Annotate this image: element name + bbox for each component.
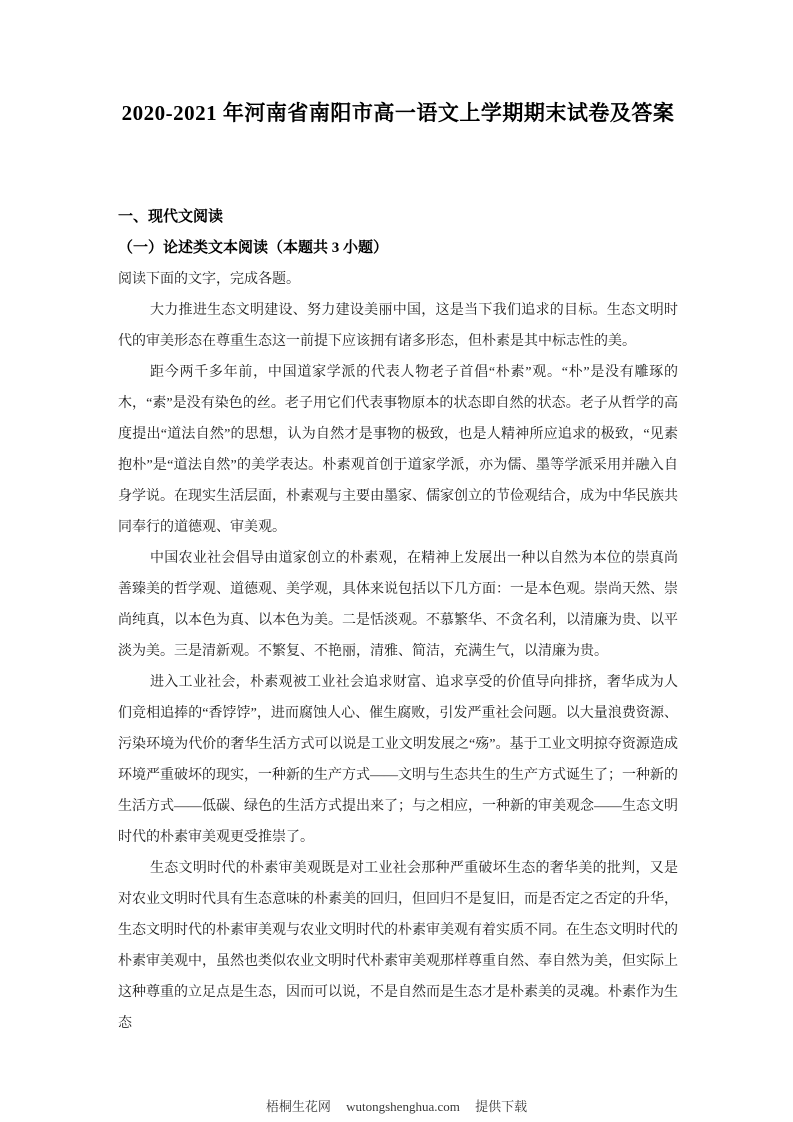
body-paragraph: 距今两千多年前，中国道家学派的代表人物老子首倡“朴素”观。“朴”是没有雕琢的木，… <box>118 357 678 543</box>
body-paragraph: 大力推进生态文明建设、努力建设美丽中国，这是当下我们追求的目标。生态文明时代的审… <box>118 295 678 357</box>
document-body: 一、现代文阅读 （一）论述类文本阅读（本题共 3 小题） 阅读下面的文字，完成各… <box>118 202 678 1039</box>
reading-instruction: 阅读下面的文字，完成各题。 <box>118 264 678 295</box>
subsection-heading: （一）论述类文本阅读（本题共 3 小题） <box>118 233 678 264</box>
footer-site-name: 梧桐生花网 <box>266 1097 331 1117</box>
body-paragraph: 中国农业社会倡导由道家创立的朴素观，在精神上发展出一种以自然为本位的崇真尚善臻美… <box>118 543 678 667</box>
document-title: 2020-2021 年河南省南阳市高一语文上学期期末试卷及答案 <box>118 98 678 129</box>
body-paragraph: 进入工业社会，朴素观被工业社会追求财富、追求享受的价值导向排挤，奢华成为人们竞相… <box>118 667 678 853</box>
body-paragraph: 生态文明时代的朴素审美观既是对工业社会那种严重破坏生态的奢华美的批判，又是对农业… <box>118 853 678 1039</box>
page-footer: 梧桐生花网 wutongshenghua.com 提供下载 <box>0 1097 793 1117</box>
footer-download-label: 提供下载 <box>475 1097 527 1117</box>
footer-site-url: wutongshenghua.com <box>346 1097 460 1117</box>
section-heading: 一、现代文阅读 <box>118 202 678 233</box>
document-page: { "document": { "title": "2020-2021 年河南省… <box>0 0 793 1122</box>
